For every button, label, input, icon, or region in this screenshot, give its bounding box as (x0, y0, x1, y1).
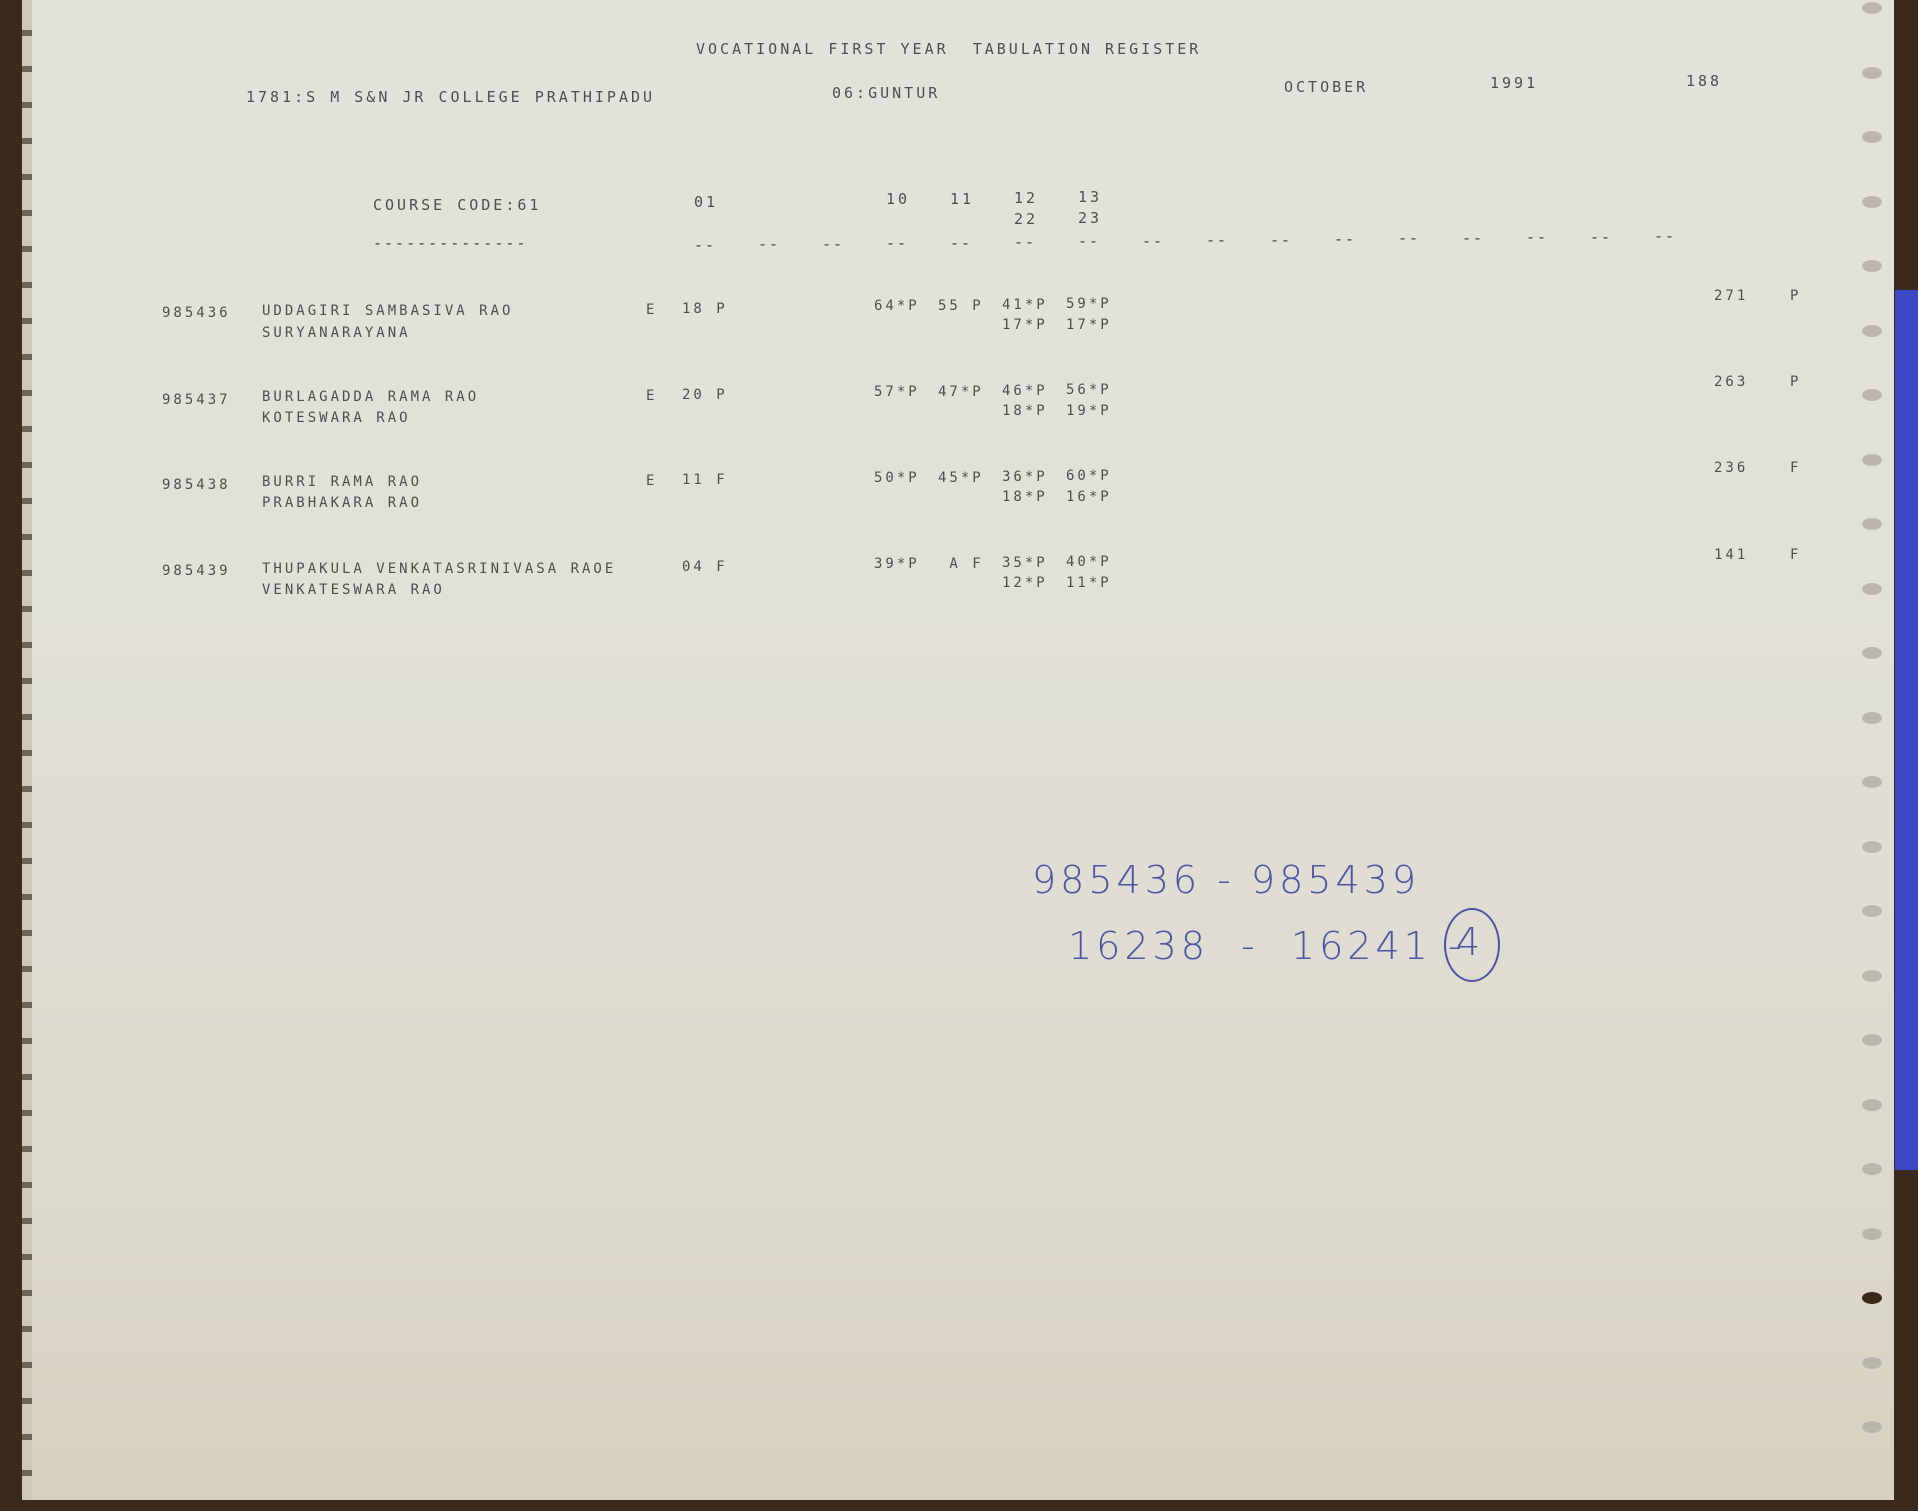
feed-hole (1862, 776, 1882, 788)
feed-hole (1862, 583, 1882, 595)
mark-13: 56*P (1066, 382, 1112, 398)
district: 06:GUNTUR (832, 84, 940, 102)
mark-10: 50*P (874, 470, 920, 486)
mark-12: 36*P (1002, 469, 1048, 485)
feed-hole (1862, 2, 1882, 14)
total-marks: 263 (1714, 374, 1748, 390)
college-name: 1781:S M S&N JR COLLEGE PRATHIPADU (246, 88, 655, 106)
mark-23: 17*P (1066, 317, 1112, 333)
mark-22: 12*P (1002, 575, 1048, 591)
course-underline: -------------- (373, 234, 527, 252)
feed-hole (1862, 1163, 1882, 1175)
feed-hole (1862, 260, 1882, 272)
binding-edge (22, 0, 32, 1500)
column-dash: -- (1590, 228, 1612, 246)
feed-hole (1862, 131, 1882, 143)
mark-01: 04 F (682, 559, 728, 575)
father-name: KOTESWARA RAO (262, 410, 411, 426)
handwritten-count: 4 (1456, 920, 1484, 964)
mark-23: 11*P (1066, 575, 1112, 591)
feed-hole (1862, 1034, 1882, 1046)
column-dash: -- (1142, 232, 1164, 250)
total-marks: 141 (1714, 547, 1748, 563)
student-name: BURRI RAMA RAO (262, 474, 422, 490)
mark-11: 47*P (938, 384, 984, 400)
column-dash: -- (1270, 231, 1292, 249)
column-dash: -- (950, 234, 972, 252)
result: F (1790, 460, 1801, 476)
father-name: VENKATESWARA RAO (262, 582, 445, 598)
col-code-01: 01 (694, 193, 718, 211)
col-code-23: 23 (1078, 209, 1102, 227)
column-dash: -- (1014, 233, 1036, 251)
column-dash: -- (1398, 229, 1420, 247)
feed-hole (1862, 1228, 1882, 1240)
mark-12: 41*P (1002, 297, 1048, 313)
total-marks: 271 (1714, 288, 1748, 304)
mark-22: 18*P (1002, 403, 1048, 419)
mark-13: 40*P (1066, 554, 1112, 570)
col-code-11: 11 (950, 190, 974, 208)
column-dash: -- (886, 234, 908, 252)
language: E (646, 302, 657, 318)
mark-10: 64*P (874, 298, 920, 314)
col-code-10: 10 (886, 190, 910, 208)
feed-hole (1862, 1292, 1882, 1304)
exam-month: OCTOBER (1284, 78, 1368, 96)
mark-12: 46*P (1002, 383, 1048, 399)
mark-23: 16*P (1066, 489, 1112, 505)
result: P (1790, 374, 1801, 390)
column-dash: -- (1654, 227, 1676, 245)
mark-13: 60*P (1066, 468, 1112, 484)
column-dash: -- (1334, 230, 1356, 248)
mark-01: 20 P (682, 387, 728, 403)
mark-12: 35*P (1002, 555, 1048, 571)
mark-01: 18 P (682, 301, 728, 317)
mark-11: A F (938, 556, 984, 572)
column-dash: -- (1526, 228, 1548, 246)
mark-22: 17*P (1002, 317, 1048, 333)
course-code: COURSE CODE:61 (373, 196, 541, 214)
father-name: PRABHAKARA RAO (262, 495, 422, 511)
result: P (1790, 288, 1801, 304)
column-dash: -- (1078, 232, 1100, 250)
feed-hole (1862, 389, 1882, 401)
feed-hole (1862, 454, 1882, 466)
feed-hole (1862, 1099, 1882, 1111)
column-dash: -- (1462, 229, 1484, 247)
feed-hole (1862, 325, 1882, 337)
feed-hole (1862, 647, 1882, 659)
roll-number: 985438 (162, 477, 231, 493)
handwritten-roll-range: 985436 - 985439 (1032, 858, 1420, 902)
mark-23: 19*P (1066, 403, 1112, 419)
roll-number: 985436 (162, 305, 231, 321)
feed-hole (1862, 841, 1882, 853)
total-marks: 236 (1714, 460, 1748, 476)
col-code-22: 22 (1014, 210, 1038, 228)
feed-hole (1862, 712, 1882, 724)
student-name: UDDAGIRI SAMBASIVA RAO (262, 303, 513, 319)
mark-10: 39*P (874, 556, 920, 572)
roll-number: 985439 (162, 563, 231, 579)
column-dash: -- (694, 236, 716, 254)
language: E (646, 473, 657, 489)
feed-hole (1862, 518, 1882, 530)
feed-hole (1862, 1421, 1882, 1433)
roll-number: 985437 (162, 392, 231, 408)
register-title: VOCATIONAL FIRST YEAR TABULATION REGISTE… (696, 40, 1201, 58)
student-name: BURLAGADDA RAMA RAO (262, 389, 479, 405)
col-code-13: 13 (1078, 188, 1102, 206)
column-dash: -- (1206, 231, 1228, 249)
feed-hole (1862, 905, 1882, 917)
student-name: THUPAKULA VENKATASRINIVASA RAOE (262, 561, 616, 577)
column-dash: -- (758, 235, 780, 253)
feed-hole (1862, 67, 1882, 79)
page-number: 188 (1686, 72, 1722, 90)
feed-hole (1862, 1357, 1882, 1369)
col-code-12: 12 (1014, 189, 1038, 207)
feed-hole (1862, 970, 1882, 982)
language: E (646, 388, 657, 404)
column-dash: -- (822, 235, 844, 253)
handwritten-serial-range: 16238 - 16241 - (1068, 924, 1466, 968)
father-name: SURYANARAYANA (262, 325, 411, 341)
mark-10: 57*P (874, 384, 920, 400)
mark-01: 11 F (682, 472, 728, 488)
mark-11: 55 P (938, 298, 984, 314)
tabulation-sheet: VOCATIONAL FIRST YEAR TABULATION REGISTE… (22, 0, 1894, 1500)
result: F (1790, 547, 1801, 563)
feed-hole (1862, 196, 1882, 208)
blue-tape (1895, 290, 1918, 1170)
mark-22: 18*P (1002, 489, 1048, 505)
exam-year: 1991 (1490, 74, 1538, 92)
mark-11: 45*P (938, 470, 984, 486)
mark-13: 59*P (1066, 296, 1112, 312)
